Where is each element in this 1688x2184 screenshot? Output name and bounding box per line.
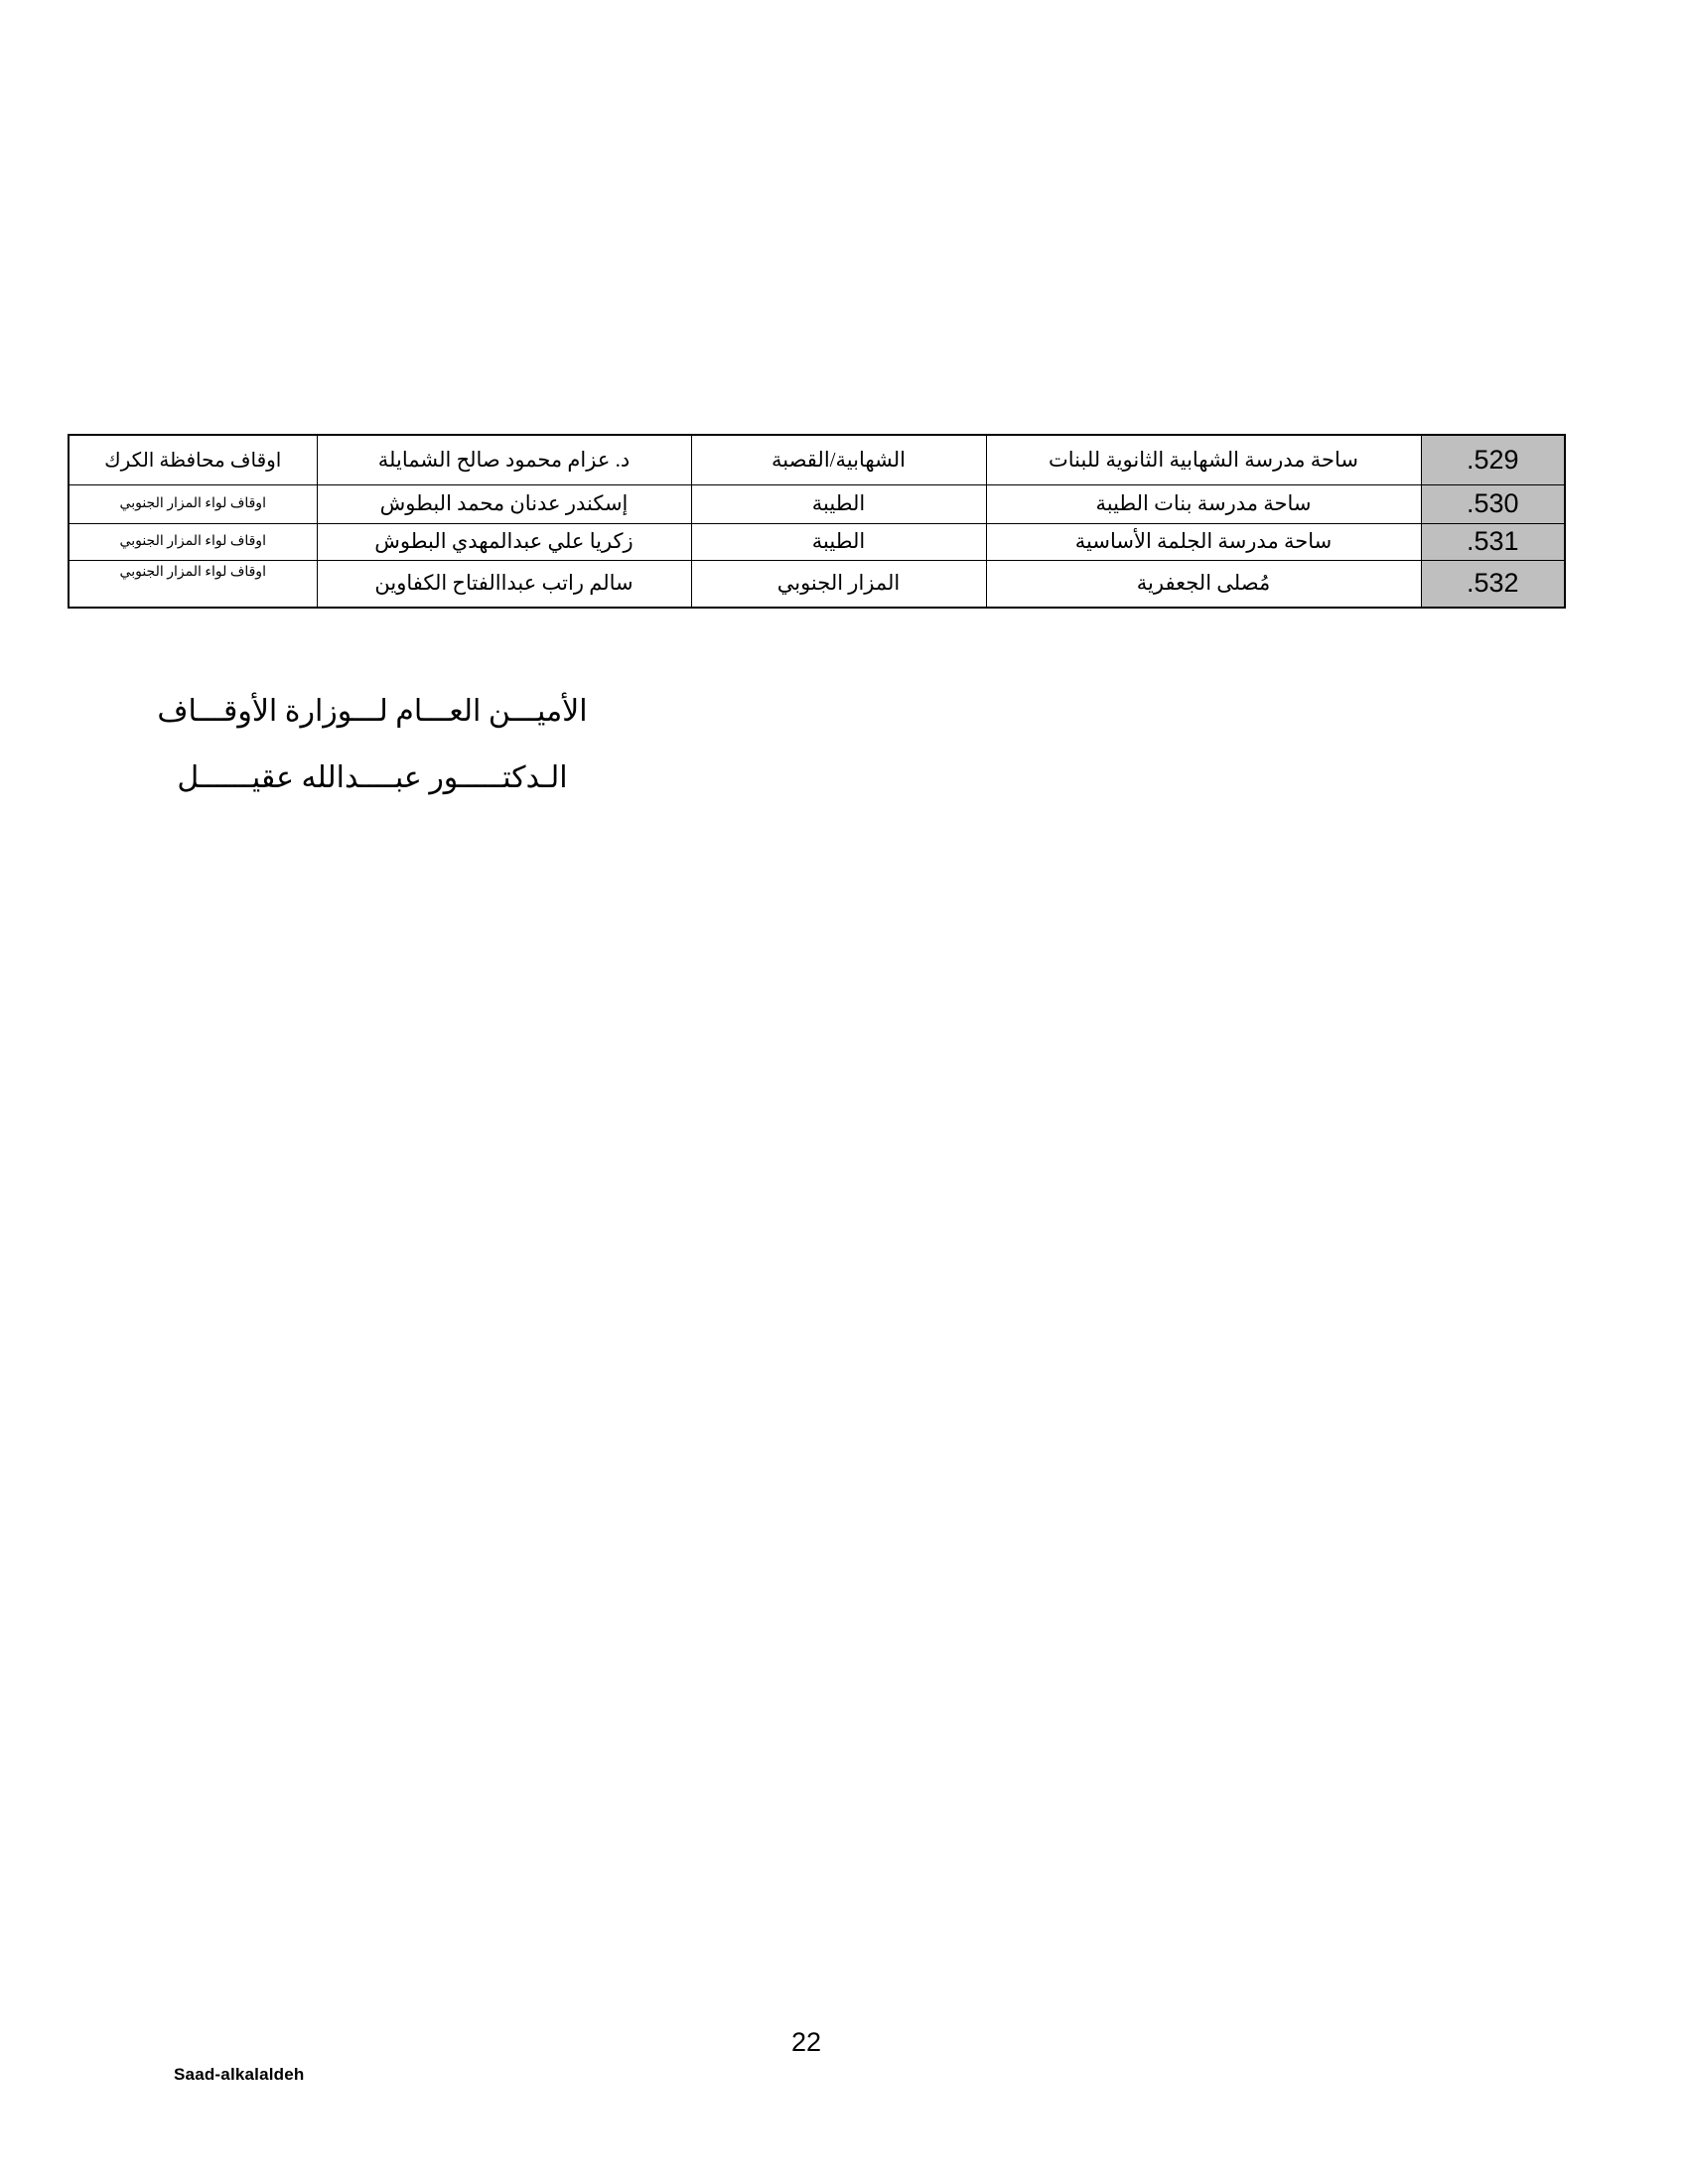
awqaf-cell: اوقاف محافظة الكرك [69,435,317,484]
signature-name: الـدكتـــــور عبــــدالله عقيــــــل [139,745,606,811]
signature-block: الأميـــن العـــام لـــوزارة الأوقـــاف … [139,678,606,811]
site-cell: ساحة مدرسة الشهابية الثانوية للبنات [986,435,1421,484]
person-cell: إسكندر عدنان محمد البطوش [317,484,691,523]
site-cell: ساحة مدرسة الجلمة الأساسية [986,523,1421,560]
table-row: .529 ساحة مدرسة الشهابية الثانوية للبنات… [69,435,1565,484]
footer-author-name: Saad-alkalaldeh [174,2065,305,2085]
awqaf-cell: اوقاف لواء المزار الجنوبي [69,523,317,560]
document-page: .529 ساحة مدرسة الشهابية الثانوية للبنات… [0,0,1688,2184]
district-cell: المزار الجنوبي [691,560,986,608]
page-number: 22 [757,2027,856,2058]
person-cell: د. عزام محمود صالح الشمايلة [317,435,691,484]
table-row: .532 مُصلى الجعفرية المزار الجنوبي سالم … [69,560,1565,608]
row-number-cell: .529 [1421,435,1565,484]
row-number-cell: .530 [1421,484,1565,523]
district-cell: الطيبة [691,484,986,523]
awqaf-cell: اوقاف لواء المزار الجنوبي [69,484,317,523]
signature-title: الأميـــن العـــام لـــوزارة الأوقـــاف [139,678,606,745]
awqaf-cell: اوقاف لواء المزار الجنوبي [69,560,317,608]
person-cell: سالم راتب عبداالفتاح الكفاوين [317,560,691,608]
person-cell: زكريا علي عبدالمهدي البطوش [317,523,691,560]
waqf-sites-table: .529 ساحة مدرسة الشهابية الثانوية للبنات… [68,434,1566,609]
site-cell: ساحة مدرسة بنات الطيبة [986,484,1421,523]
district-cell: الشهابية/القصبة [691,435,986,484]
table-row: .530 ساحة مدرسة بنات الطيبة الطيبة إسكند… [69,484,1565,523]
district-cell: الطيبة [691,523,986,560]
row-number-cell: .532 [1421,560,1565,608]
table-row: .531 ساحة مدرسة الجلمة الأساسية الطيبة ز… [69,523,1565,560]
row-number-cell: .531 [1421,523,1565,560]
site-cell: مُصلى الجعفرية [986,560,1421,608]
